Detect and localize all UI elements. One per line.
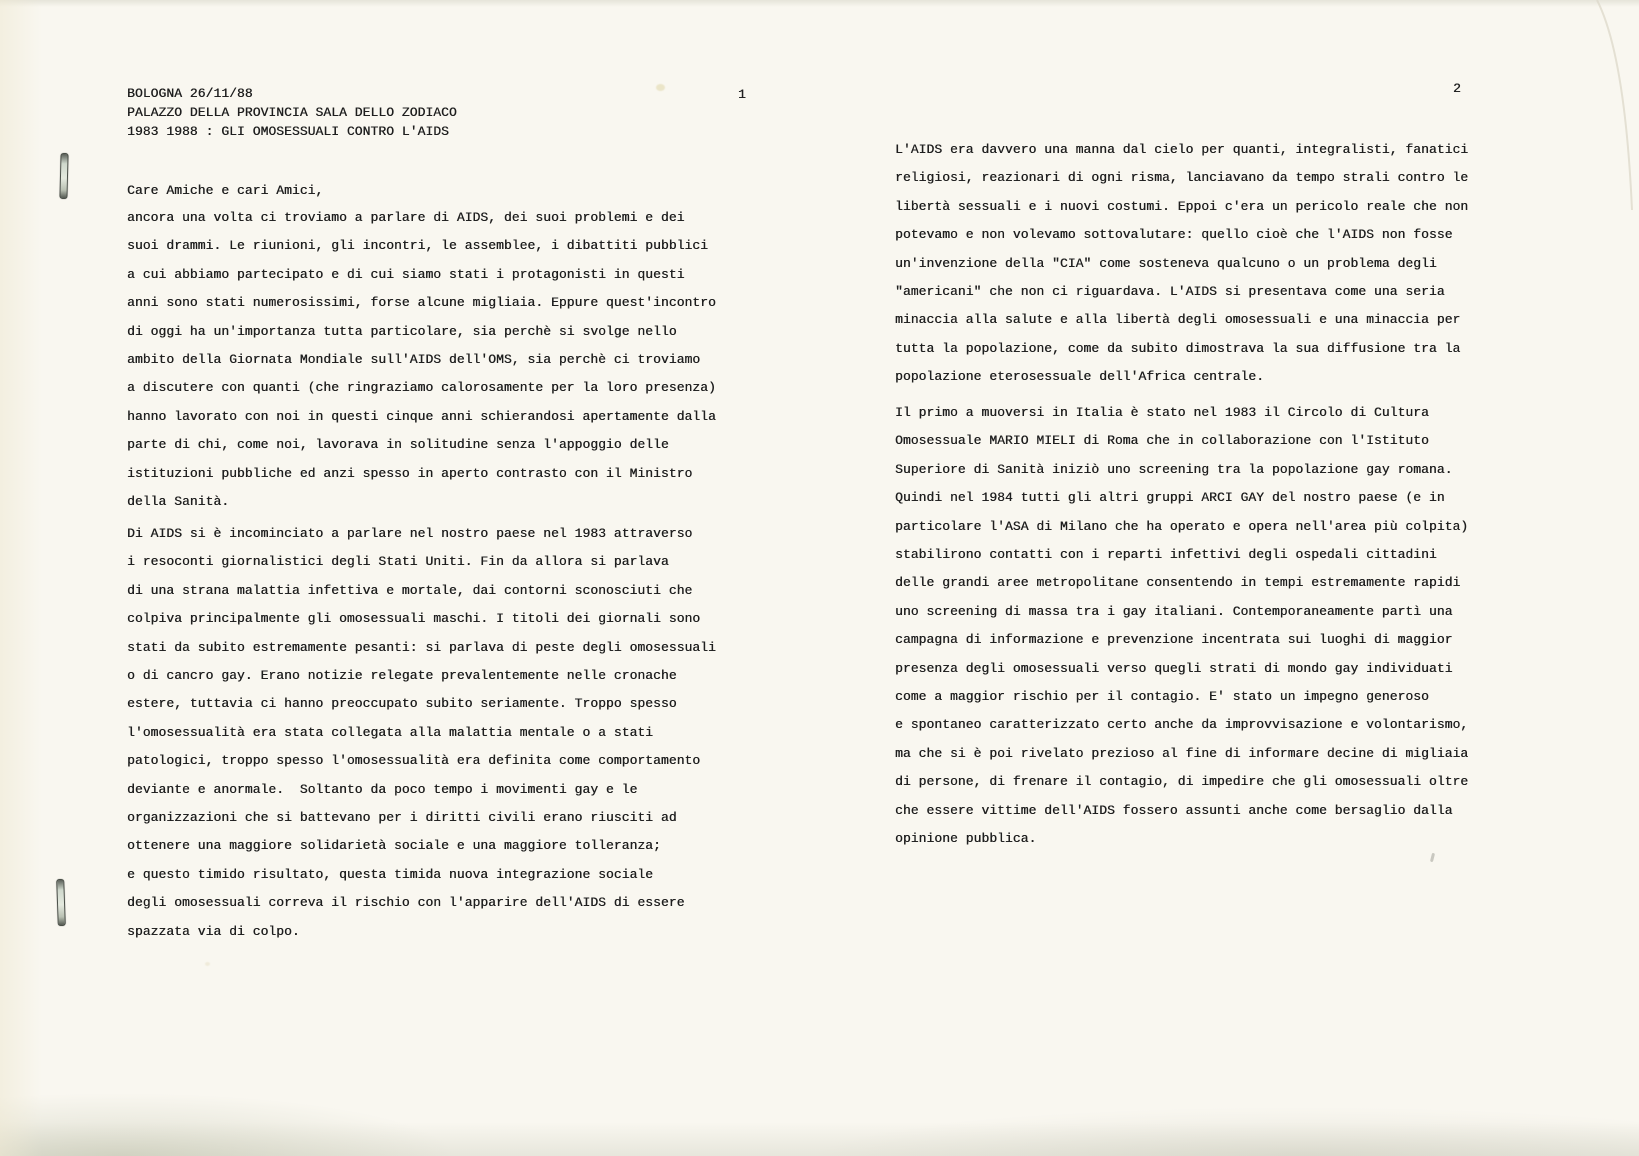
page-number: 2 [1453, 79, 1461, 98]
salutation: Care Amiche e cari Amici, [127, 177, 323, 205]
scanned-document: 1 BOLOGNA 26/11/88 PALAZZO DELLA PROVINC… [0, 0, 1639, 1156]
paragraph: L'AIDS era davvero una manna dal cielo p… [895, 136, 1468, 392]
paragraph: Di AIDS si è incominciato a parlare nel … [127, 520, 716, 946]
page-edge-curve [1559, 0, 1639, 220]
staple-icon [59, 153, 68, 199]
paper-speck [656, 84, 665, 91]
paragraph: ancora una volta ci troviamo a parlare d… [127, 204, 716, 516]
paper-speck [1430, 853, 1435, 862]
document-header: BOLOGNA 26/11/88 PALAZZO DELLA PROVINCIA… [127, 84, 457, 141]
paragraph: Il primo a muoversi in Italia è stato ne… [895, 399, 1468, 854]
paper-speck [205, 962, 210, 966]
staple-icon [56, 879, 66, 926]
page-number: 1 [738, 85, 746, 104]
